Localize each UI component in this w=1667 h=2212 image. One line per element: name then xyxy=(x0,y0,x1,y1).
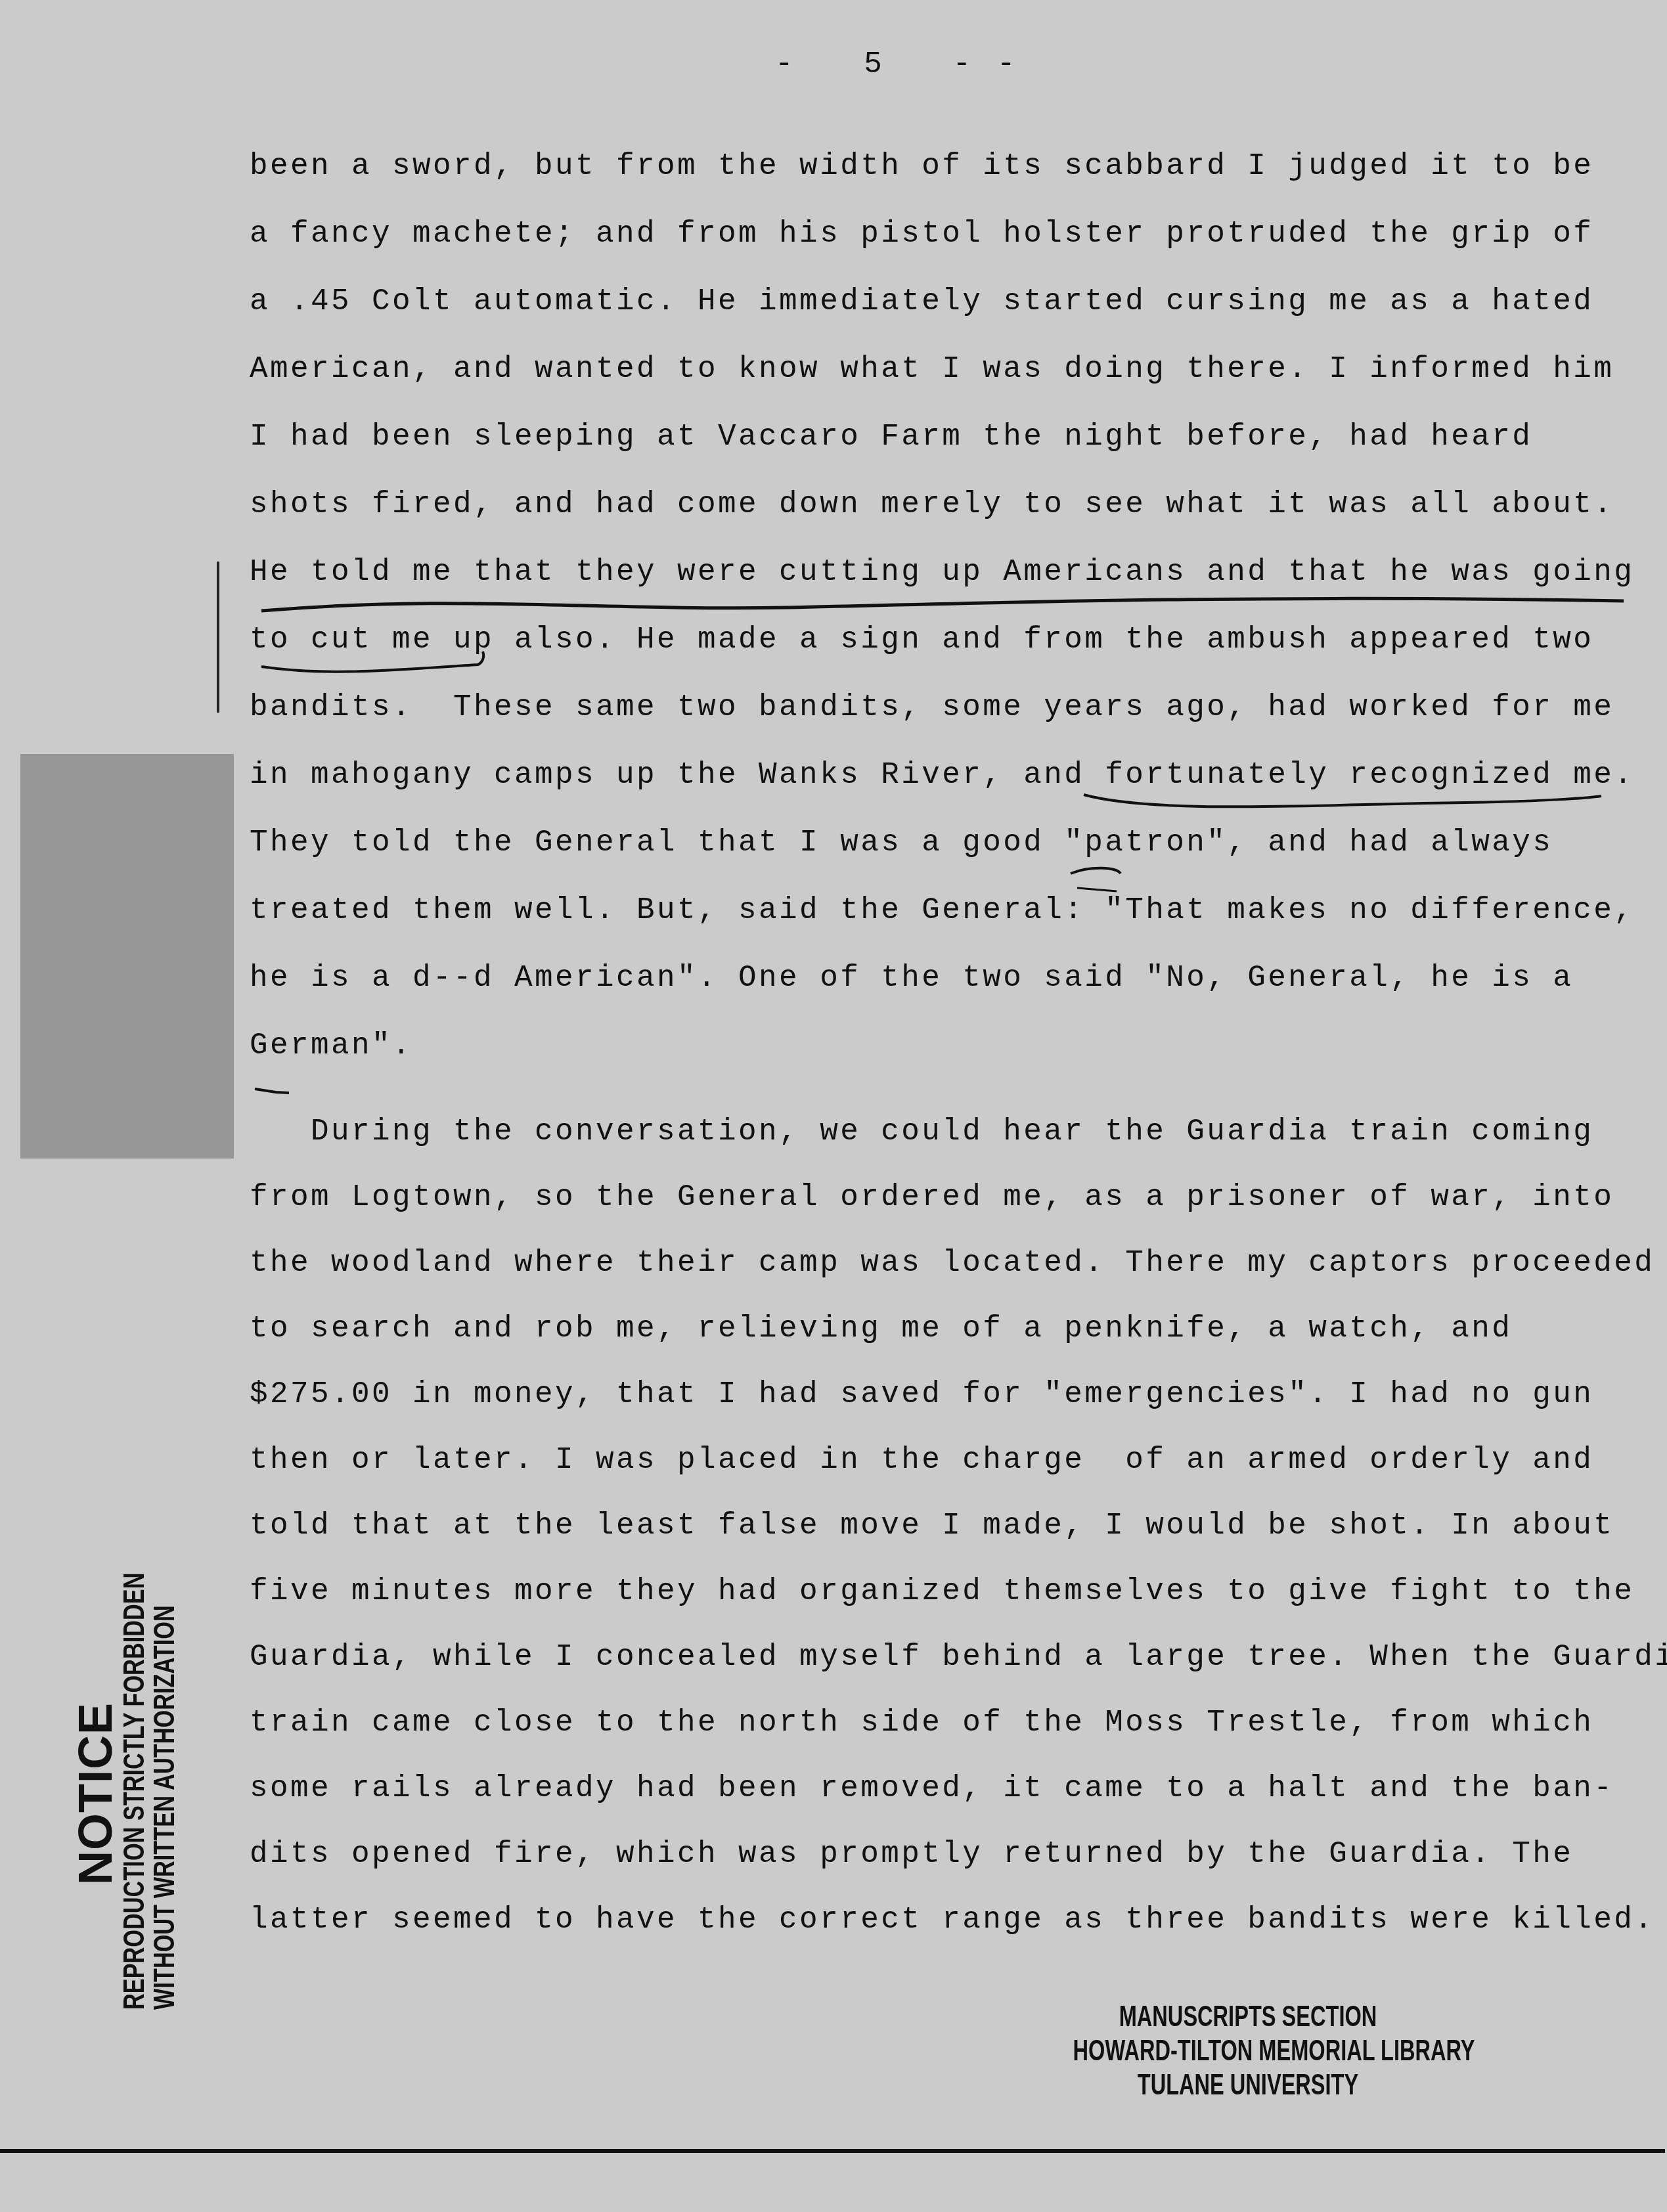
text-line: five minutes more they had organized the… xyxy=(250,1576,1634,1606)
text-line: They told the General that I was a good … xyxy=(250,828,1553,858)
reproduction-notice-stamp: NOTICE REPRODUCTION STRICTLY FORBIDDEN W… xyxy=(72,1497,180,2010)
text-line: from Logtown, so the General ordered me,… xyxy=(250,1182,1614,1212)
page-number: - 5 -- xyxy=(775,47,1042,81)
notice-title: NOTICE xyxy=(72,1497,120,1885)
text-line: train came close to the north side of th… xyxy=(250,1708,1593,1738)
text-line: to search and rob me, relieving me of a … xyxy=(250,1314,1512,1344)
text-line: shots fired, and had come down merely to… xyxy=(250,489,1614,520)
text-line: dits opened fire, which was promptly ret… xyxy=(250,1839,1573,1869)
text-line: During the conversation, we could hear t… xyxy=(250,1117,1593,1147)
text-line: $275.00 in money, that I had saved for "… xyxy=(250,1379,1593,1409)
redaction-block xyxy=(20,754,234,1159)
text-line-underlined: to cut me up also. He made a sign and fr… xyxy=(250,625,1593,655)
bottom-rule xyxy=(0,2149,1665,2153)
text-line-underlined: in mahogany camps up the Wanks River, an… xyxy=(250,760,1634,790)
stamp-line-1: MANUSCRIPTS SECTION xyxy=(1073,2000,1423,2034)
stamp-line-3: TULANE UNIVERSITY xyxy=(1073,2068,1423,2102)
notice-line-1: REPRODUCTION STRICTLY FORBIDDEN xyxy=(120,1610,150,2010)
text-line: a fancy machete; and from his pistol hol… xyxy=(250,219,1593,249)
text-line: German". xyxy=(250,1030,412,1061)
text-line: I had been sleeping at Vaccaro Farm the … xyxy=(250,422,1532,452)
text-line: he is a d--d American". One of the two s… xyxy=(250,963,1573,993)
text-line-underlined: He told me that they were cutting up Ame… xyxy=(250,557,1634,587)
text-line: some rails already had been removed, it … xyxy=(250,1773,1614,1803)
text-line: told that at the least false move I made… xyxy=(250,1511,1614,1541)
text-line: bandits. These same two bandits, some ye… xyxy=(250,692,1614,722)
handwritten-underline-marks xyxy=(0,0,1667,2212)
text-line: then or later. I was placed in the charg… xyxy=(250,1445,1593,1475)
library-stamp: MANUSCRIPTS SECTION HOWARD-TILTON MEMORI… xyxy=(1011,2000,1484,2102)
margin-bracket-annotation xyxy=(217,562,229,713)
text-line: latter seemed to have the correct range … xyxy=(250,1905,1655,1935)
text-line: a .45 Colt automatic. He immediately sta… xyxy=(250,286,1593,317)
text-line: Guardia, while I concealed myself behind… xyxy=(250,1642,1667,1672)
notice-line-2: WITHOUT WRITTEN AUTHORIZATION xyxy=(150,1610,180,2010)
stamp-line-2: HOWARD-TILTON MEMORIAL LIBRARY xyxy=(1073,2034,1423,2068)
text-line: treated them well. But, said the General… xyxy=(250,895,1634,925)
text-line: the woodland where their camp was locate… xyxy=(250,1248,1655,1278)
text-line: American, and wanted to know what I was … xyxy=(250,354,1614,384)
text-line: been a sword, but from the width of its … xyxy=(250,151,1593,181)
